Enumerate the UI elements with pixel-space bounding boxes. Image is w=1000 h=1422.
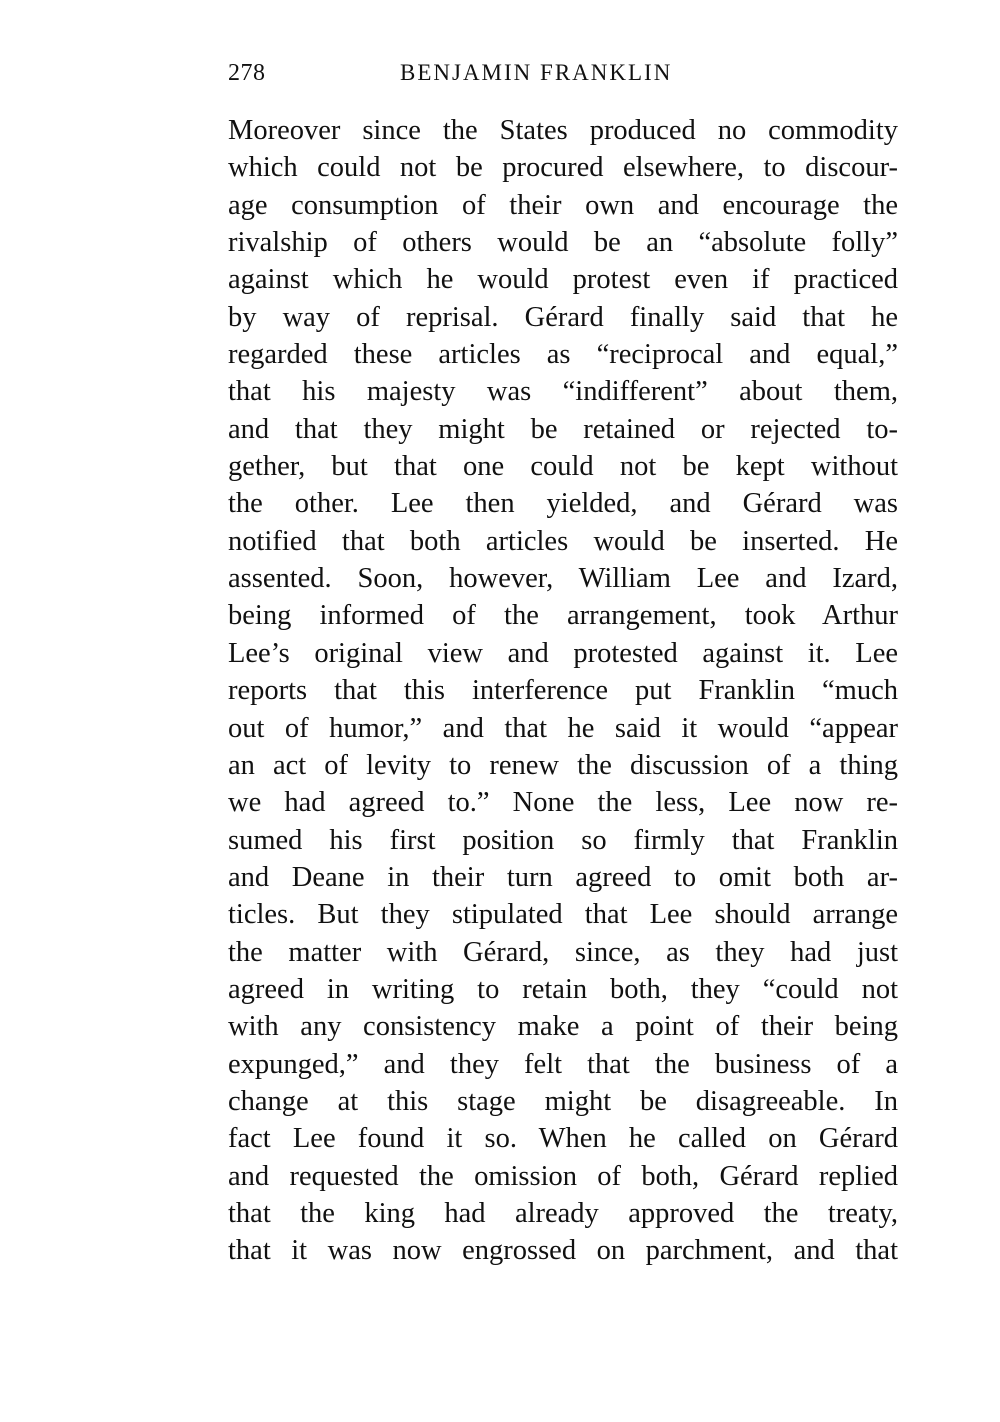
page-number: 278: [228, 60, 266, 87]
text-line: the matter with Gérard, since, as they h…: [228, 934, 898, 971]
text-line: change at this stage might be disagreeab…: [228, 1083, 898, 1120]
text-line: the other. Lee then yielded, and Gérard …: [228, 485, 898, 522]
text-line: ticles. But they stipulated that Lee sho…: [228, 896, 898, 933]
text-line: sumed his first position so firmly that …: [228, 822, 898, 859]
text-line: that the king had already approved the t…: [228, 1195, 898, 1232]
text-line: out of humor,” and that he said it would…: [228, 710, 898, 747]
text-line: and requested the omission of both, Géra…: [228, 1158, 898, 1195]
text-line: which could not be procured elsewhere, t…: [228, 149, 898, 186]
text-line: reports that this interference put Frank…: [228, 672, 898, 709]
body-text: Moreover since the States produced no co…: [228, 112, 898, 1270]
text-line: we had agreed to.” None the less, Lee no…: [228, 784, 898, 821]
book-page: 278 BENJAMIN FRANKLIN Moreover since the…: [0, 0, 1000, 1422]
text-line: fact Lee found it so. When he called on …: [228, 1120, 898, 1157]
text-line: expunged,” and they felt that the busine…: [228, 1046, 898, 1083]
text-line: with any consistency make a point of the…: [228, 1008, 898, 1045]
text-line: against which he would protest even if p…: [228, 261, 898, 298]
text-line: by way of reprisal. Gérard finally said …: [228, 299, 898, 336]
text-line: an act of levity to renew the discussion…: [228, 747, 898, 784]
running-title: BENJAMIN FRANKLIN: [400, 60, 672, 86]
text-line: that his majesty was “indifferent” about…: [228, 373, 898, 410]
text-line: and that they might be retained or rejec…: [228, 411, 898, 448]
text-line: Lee’s original view and protested agains…: [228, 635, 898, 672]
text-line: notified that both articles would be ins…: [228, 523, 898, 560]
text-line: Moreover since the States produced no co…: [228, 112, 898, 149]
text-line: age consumption of their own and encoura…: [228, 187, 898, 224]
text-line: agreed in writing to retain both, they “…: [228, 971, 898, 1008]
text-line: being informed of the arrangement, took …: [228, 597, 898, 634]
text-line: that it was now engrossed on parchment, …: [228, 1232, 898, 1269]
running-head: 278 BENJAMIN FRANKLIN: [228, 60, 898, 90]
text-line: rivalship of others would be an “absolut…: [228, 224, 898, 261]
text-line: and Deane in their turn agreed to omit b…: [228, 859, 898, 896]
text-line: gether, but that one could not be kept w…: [228, 448, 898, 485]
text-line: assented. Soon, however, William Lee and…: [228, 560, 898, 597]
text-line: regarded these articles as “reciprocal a…: [228, 336, 898, 373]
